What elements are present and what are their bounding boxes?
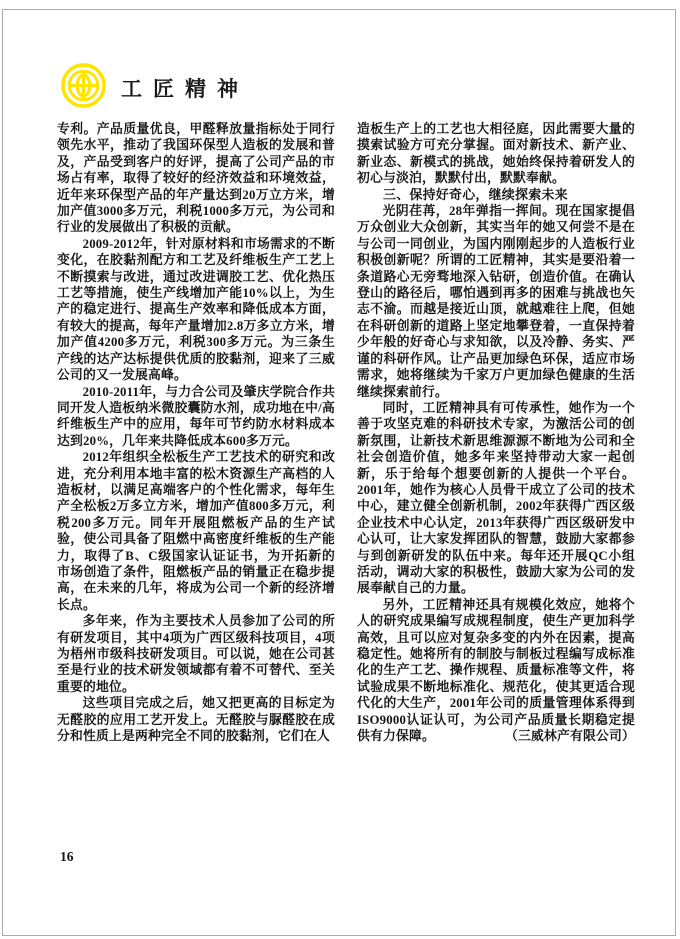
paragraph: 光阴荏苒，28年弹指一挥间。现在国家提倡万众创业大众创新，其实当年的她又何尝不是… [357, 203, 635, 400]
right-column: 造板生产上的工艺也大相径庭，因此需要大量的摸索试验方可充分掌握。面对新技术、新产… [357, 121, 635, 744]
paragraph: 专利。产品质量优良，甲醛释放量指标处于同行领先水平，推动了我国环保型人造板的发展… [57, 121, 335, 236]
page-title: 工匠精神 [121, 69, 249, 103]
left-column: 专利。产品质量优良，甲醛释放量指标处于同行领先水平，推动了我国环保型人造板的发展… [57, 121, 335, 744]
paragraph: 另外，工匠精神还具有规模化效应，她将个人的研究成果编写成规程制度，使生产更加科学… [357, 597, 635, 745]
paragraph: 2012年组织全松板生产工艺技术的研究和改进，充分利用本地丰富的松木资源生产高档… [57, 449, 335, 613]
paragraph: 同时，工匠精神具有可传承性，她作为一个善于攻坚克难的科研技术专家，为激活公司的创… [357, 400, 635, 597]
two-column-body: 专利。产品质量优良，甲醛释放量指标处于同行领先水平，推动了我国环保型人造板的发展… [57, 121, 635, 744]
paragraph: 造板生产上的工艺也大相径庭，因此需要大量的摸索试验方可充分掌握。面对新技术、新产… [357, 121, 635, 187]
document-page: 工匠精神 专利。产品质量优良，甲醛释放量指标处于同行领先水平，推动了我国环保型人… [0, 0, 680, 939]
page-number: 16 [60, 849, 74, 865]
paragraph: 多年来，作为主要技术人员参加了公司的所有研发项目，其中4项为广西区级科技项目，4… [57, 613, 335, 695]
paragraph: 这些项目完成之后，她又把更高的目标定为无醛胶的应用工艺开发上。无醛胶与脲醛胶在成… [57, 695, 335, 744]
paragraph: 2009-2012年，针对原材料和市场需求的不断变化，在胶黏剂配方和工艺及纤维板… [57, 236, 335, 384]
page-header: 工匠精神 [60, 62, 249, 109]
paragraph: 2010-2011年，与力合公司及肇庆学院合作共同开发人造板纳米微胶囊防水剂，成… [57, 384, 335, 450]
section-heading: 三、保持好奇心，继续探索未来 [357, 187, 635, 203]
trade-union-emblem-icon [60, 62, 107, 109]
emblem-strokes [63, 65, 104, 106]
